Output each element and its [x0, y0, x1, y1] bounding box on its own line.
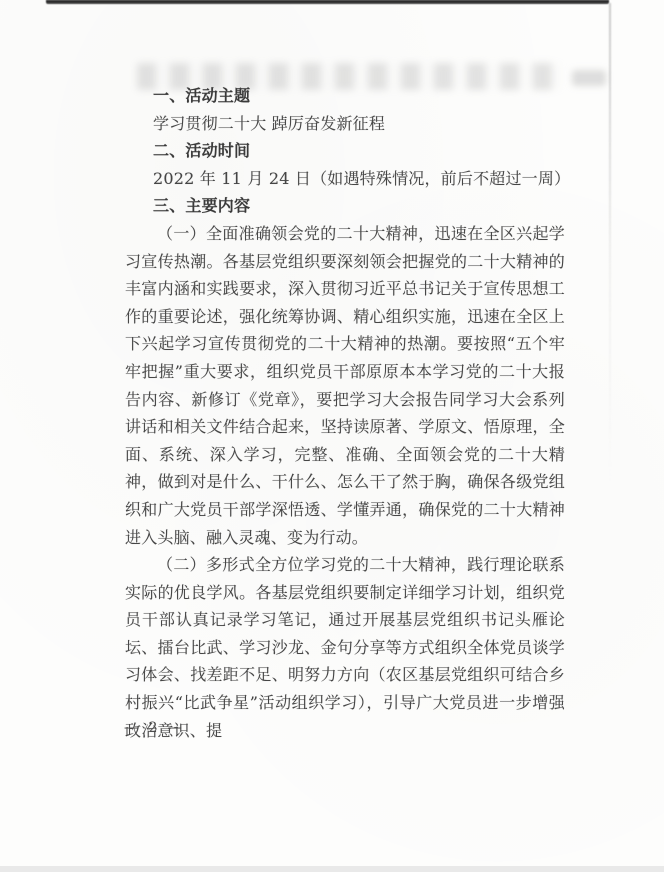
scanner-edge-artifact [46, 0, 609, 4]
activity-theme-value: 学习贯彻二十大 踔厉奋发新征程 [125, 110, 565, 138]
scanned-document-page: 一、活动主题 学习贯彻二十大 踔厉奋发新征程 二、活动时间 2022 年 11 … [0, 0, 664, 872]
paragraph-study-spirit: （一）全面准确领会党的二十大精神，迅速在全区兴起学习宣传热潮。各基层党组织要深刻… [125, 220, 565, 551]
document-body: 一、活动主题 学习贯彻二十大 踔厉奋发新征程 二、活动时间 2022 年 11 … [125, 82, 565, 744]
section-heading-activity-theme: 一、活动主题 [125, 82, 565, 110]
activity-time-value: 2022 年 11 月 24 日（如遇特殊情况，前后不超过一周） [125, 165, 565, 193]
section-heading-activity-time: 二、活动时间 [125, 137, 565, 165]
section-heading-main-content: 三、主要内容 [125, 192, 565, 220]
scanner-bottom-artifact [0, 866, 664, 872]
paper-edge-shadow [609, 3, 611, 483]
page-number: — 2 — [124, 719, 185, 737]
paragraph-multi-form-study: （二）多形式全方位学习党的二十大精神，践行理论联系实际的优良学风。各基层党组织要… [125, 551, 565, 744]
bleed-through-blob [572, 70, 606, 86]
